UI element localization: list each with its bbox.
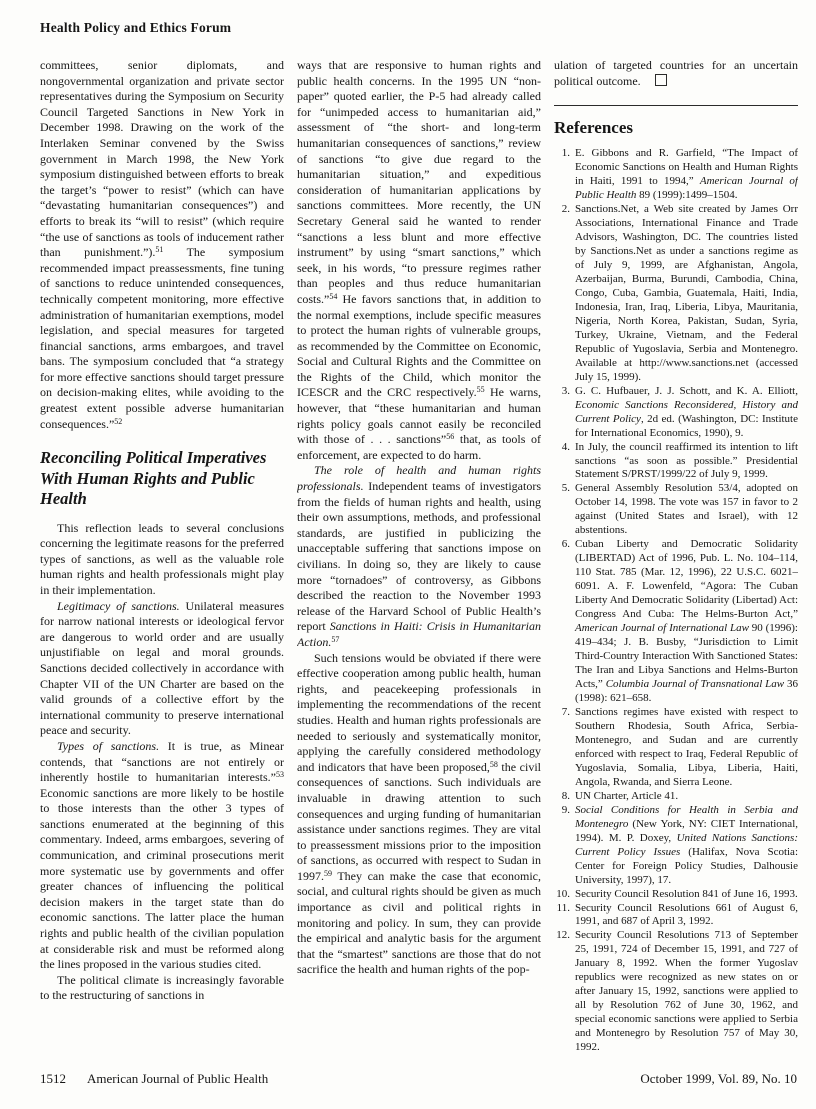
footnote-marker: 58 — [490, 760, 498, 769]
reference-number: 9. — [554, 804, 575, 888]
reference-text: Security Council Resolutions 661 of Augu… — [575, 902, 798, 930]
section-heading: Reconciling Political Imperatives With H… — [40, 448, 284, 509]
paragraph: ways that are responsive to human rights… — [297, 58, 541, 463]
article-body: committees, senior diplomats, and nongov… — [40, 58, 798, 1056]
reference-number: 3. — [554, 385, 575, 441]
end-of-article-box-icon — [655, 74, 667, 86]
reference-text: Security Council Resolution 841 of June … — [575, 888, 798, 902]
reference-number: 2. — [554, 203, 575, 385]
footnote-marker: 54 — [329, 292, 337, 301]
reference-text: UN Charter, Article 41. — [575, 790, 798, 804]
journal-page: Health Policy and Ethics Forum committee… — [0, 0, 816, 1109]
references-heading: References — [554, 118, 798, 138]
paragraph: The political climate is increasingly fa… — [40, 973, 284, 1004]
paragraph: Legitimacy of sanctions. Unilateral meas… — [40, 599, 284, 739]
paragraph: ulation of targeted countries for an unc… — [554, 58, 798, 89]
reference-number: 8. — [554, 790, 575, 804]
reference-item: 2.Sanctions.Net, a Web site created by J… — [554, 203, 798, 385]
footnote-marker: 51 — [155, 245, 163, 254]
reference-number: 7. — [554, 706, 575, 790]
reference-number: 1. — [554, 147, 575, 203]
reference-item: 11.Security Council Resolutions 661 of A… — [554, 902, 798, 930]
references-list: 1.E. Gibbons and R. Garfield, “The Impac… — [554, 147, 798, 1055]
issue-info: October 1999, Vol. 89, No. 10 — [640, 1071, 797, 1087]
reference-text: E. Gibbons and R. Garfield, “The Impact … — [575, 147, 798, 203]
footnote-marker: 59 — [324, 869, 332, 878]
reference-item: 12.Security Council Resolutions 713 of S… — [554, 929, 798, 1055]
column-left: committees, senior diplomats, and nongov… — [40, 58, 284, 1056]
reference-text: Sanctions regimes have existed with resp… — [575, 706, 798, 790]
reference-item: 4.In July, the council reaffirmed its in… — [554, 441, 798, 483]
reference-text: Cuban Liberty and Democratic Solidarity … — [575, 538, 798, 706]
reference-item: 10.Security Council Resolution 841 of Ju… — [554, 888, 798, 902]
reference-number: 4. — [554, 441, 575, 483]
reference-text: Social Conditions for Health in Serbia a… — [575, 804, 798, 888]
paragraph: Types of sanctions. It is true, as Minea… — [40, 739, 284, 973]
journal-name: American Journal of Public Health — [87, 1071, 268, 1087]
reference-text: G. C. Hufbauer, J. J. Schott, and K. A. … — [575, 385, 798, 441]
column-middle: ways that are responsive to human rights… — [297, 58, 541, 1056]
page-footer: 1512 American Journal of Public Health O… — [40, 1071, 797, 1087]
reference-item: 9.Social Conditions for Health in Serbia… — [554, 804, 798, 888]
reference-text: Security Council Resolutions 713 of Sept… — [575, 929, 798, 1055]
footnote-marker: 52 — [114, 417, 122, 426]
reference-text: In July, the council reaffirmed its inte… — [575, 441, 798, 483]
reference-item: 7.Sanctions regimes have existed with re… — [554, 706, 798, 790]
reference-item: 3.G. C. Hufbauer, J. J. Schott, and K. A… — [554, 385, 798, 441]
page-number: 1512 — [40, 1071, 66, 1087]
reference-number: 10. — [554, 888, 575, 902]
reference-number: 11. — [554, 902, 575, 930]
footnote-marker: 53 — [276, 770, 284, 779]
column-right: ulation of targeted countries for an unc… — [554, 58, 798, 1056]
reference-number: 5. — [554, 482, 575, 538]
reference-item: 1.E. Gibbons and R. Garfield, “The Impac… — [554, 147, 798, 203]
reference-item: 6.Cuban Liberty and Democratic Solidarit… — [554, 538, 798, 706]
references-divider — [554, 105, 798, 106]
footer-left: 1512 American Journal of Public Health — [40, 1071, 268, 1087]
paragraph: Such tensions would be obviated if there… — [297, 651, 541, 978]
footnote-marker: 57 — [331, 635, 339, 644]
footnote-marker: 55 — [477, 385, 485, 394]
paragraph: This reflection leads to several conclus… — [40, 521, 284, 599]
reference-text: General Assembly Resolution 53/4, adopte… — [575, 482, 798, 538]
reference-item: 5.General Assembly Resolution 53/4, adop… — [554, 482, 798, 538]
footnote-marker: 56 — [446, 432, 454, 441]
running-head: Health Policy and Ethics Forum — [40, 20, 798, 36]
reference-item: 8.UN Charter, Article 41. — [554, 790, 798, 804]
reference-number: 6. — [554, 538, 575, 706]
reference-text: Sanctions.Net, a Web site created by Jam… — [575, 203, 798, 385]
paragraph: committees, senior diplomats, and nongov… — [40, 58, 284, 432]
paragraph: The role of health and human rights prof… — [297, 463, 541, 650]
reference-number: 12. — [554, 929, 575, 1055]
